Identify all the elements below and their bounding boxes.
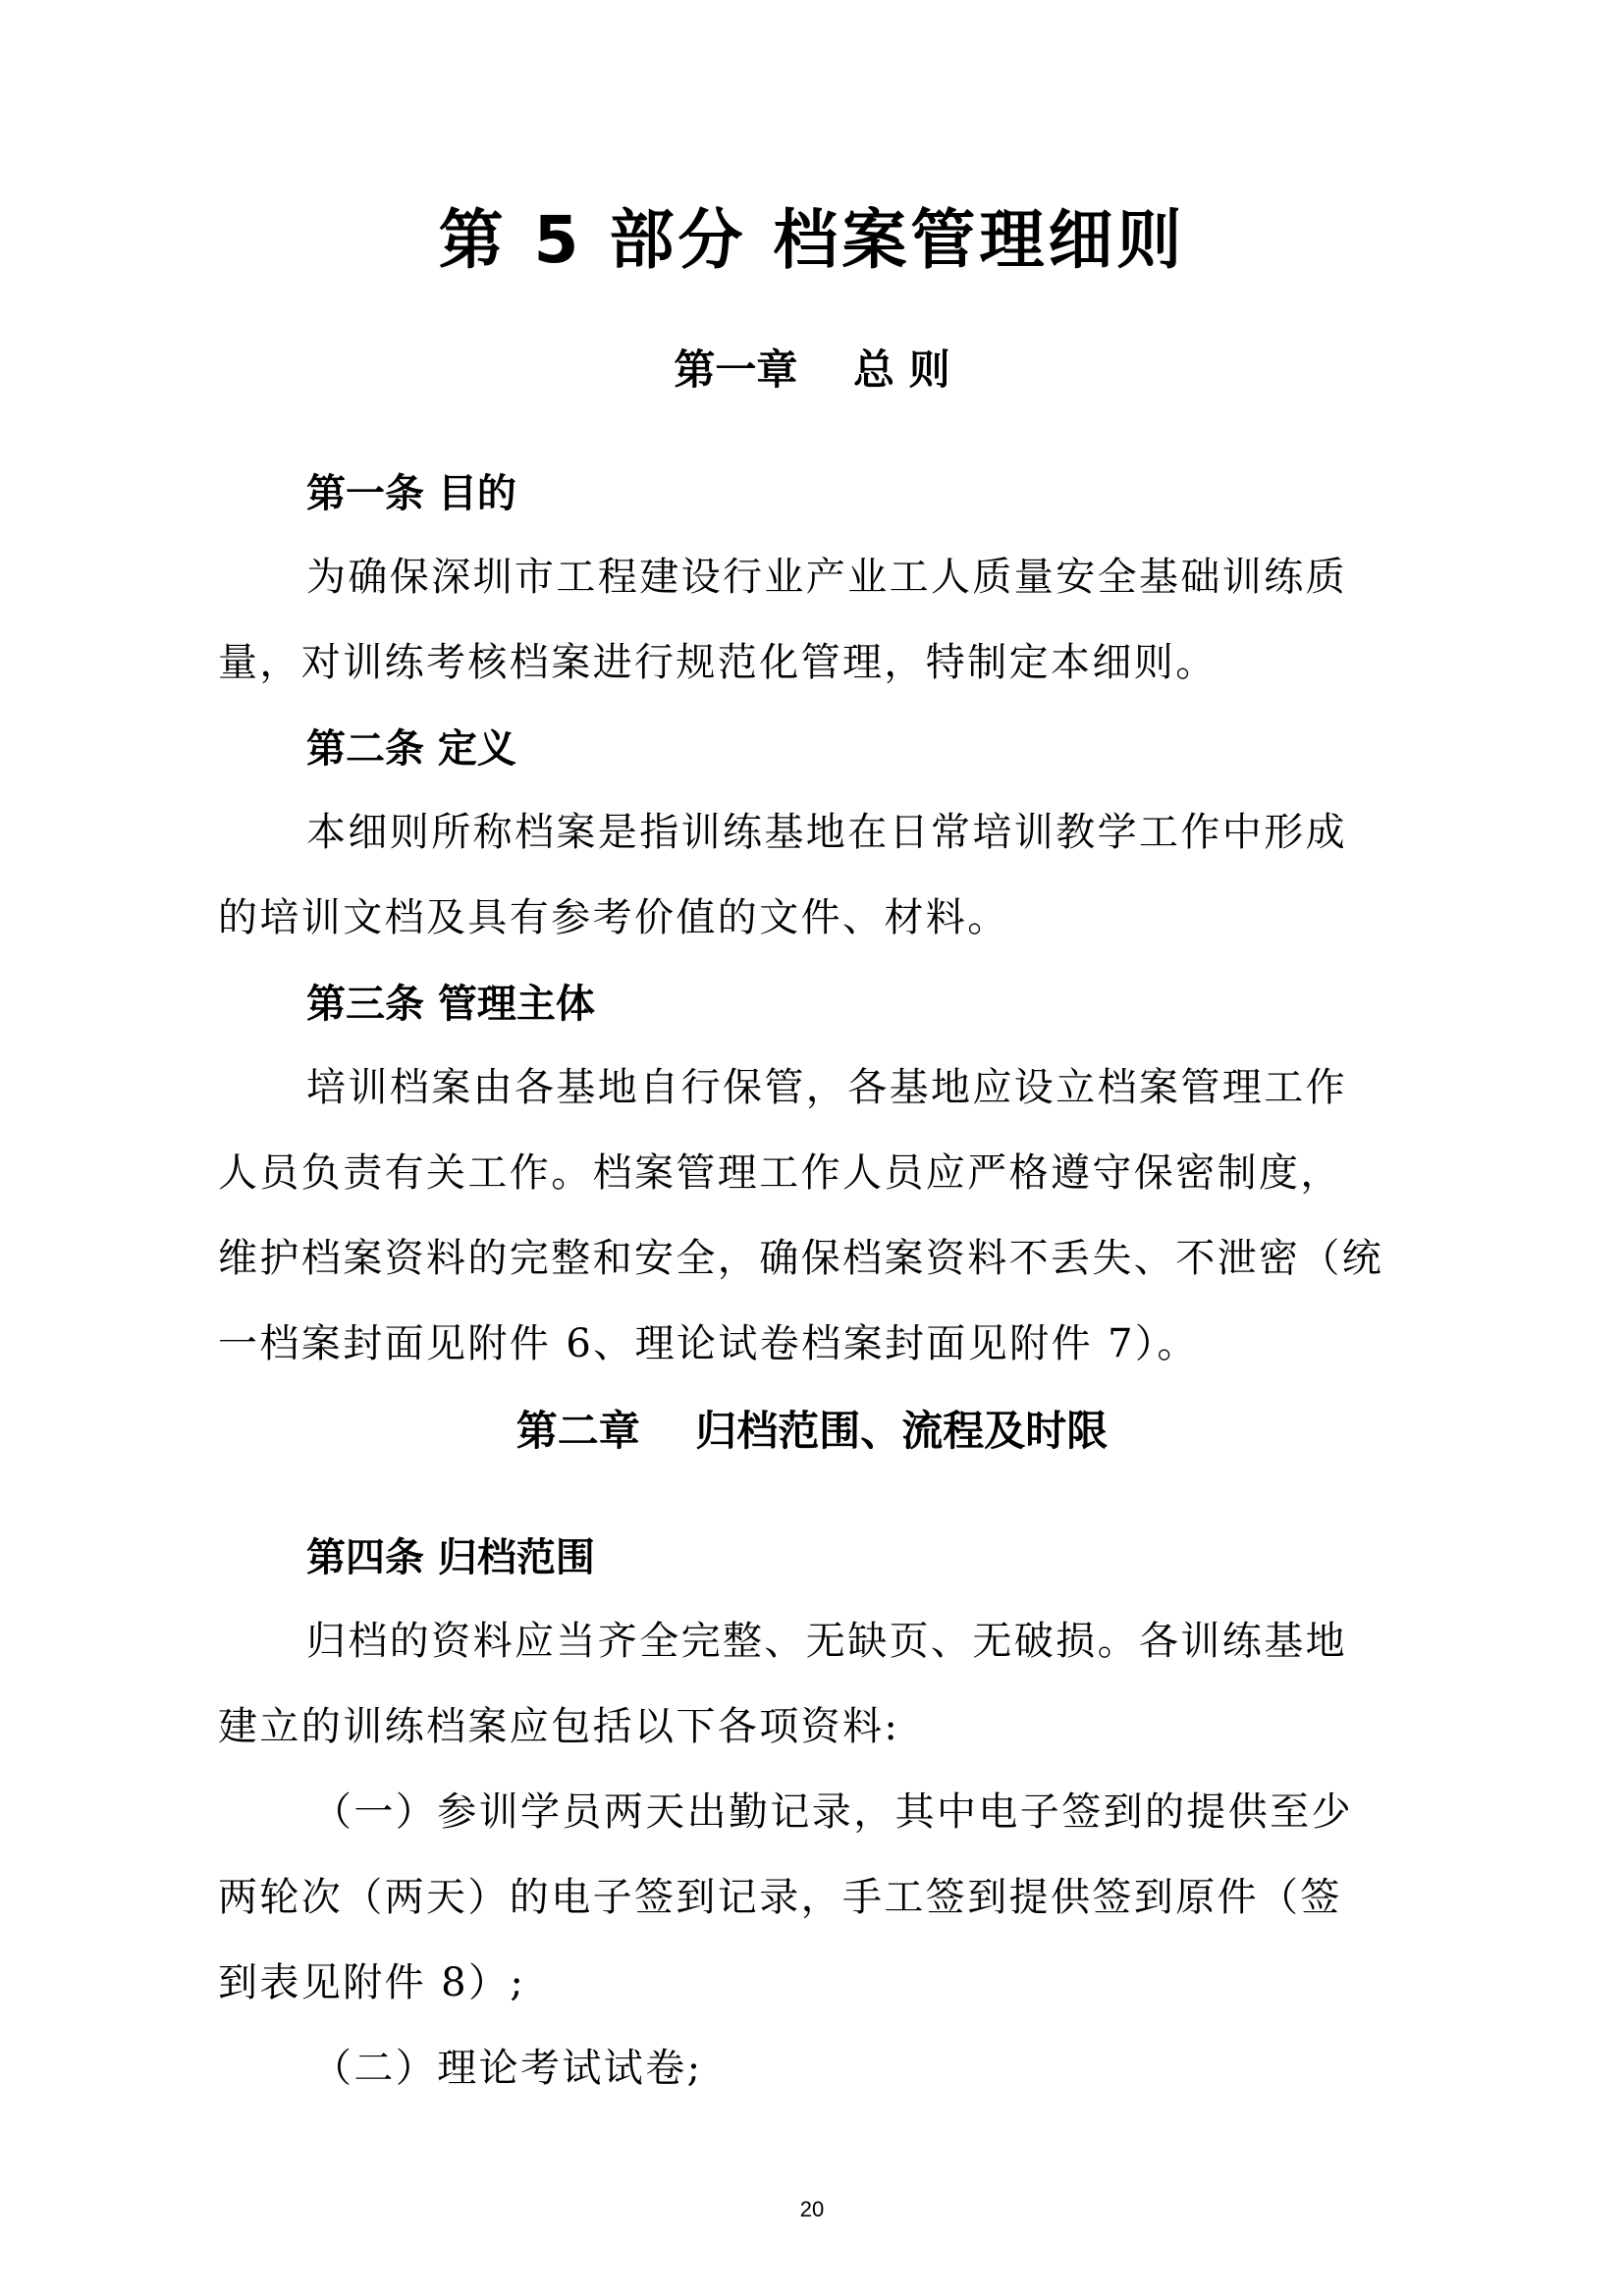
chapter-heading-2: 第二章 归档范围、流程及时限: [0, 1411, 1624, 1452]
list-item-1-line-1: （一）参训学员两天出勤记录，其中电子签到的提供至少: [312, 1792, 1353, 1832]
article-1-line-2: 量，对训练考核档案进行规范化管理，特制定本细则。: [218, 643, 1218, 682]
chapter-heading-1: 第一章 总 则: [0, 349, 1624, 391]
article-2-line-2: 的培训文档及具有参考价值的文件、材料。: [218, 898, 1009, 937]
article-2-line-1: 本细则所称档案是指训练基地在日常培训教学工作中形成: [306, 813, 1347, 852]
list-item-1-line-3: 到表见附件 8）;: [218, 1963, 525, 2002]
article-heading-3: 第三条 管理主体: [306, 985, 595, 1024]
document-title: 第 5 部分 档案管理细则: [0, 208, 1624, 273]
document-page: 第 5 部分 档案管理细则 第一章 总 则 第一条 目的 为确保深圳市工程建设行…: [0, 0, 1624, 2296]
list-item-1-line-2: 两轮次（两天）的电子签到记录，手工签到提供签到原件（签: [218, 1878, 1342, 1917]
article-3-line-2: 人员负责有关工作。档案管理工作人员应严格遵守保密制度，: [218, 1153, 1342, 1193]
article-3-line-3: 维护档案资料的完整和安全，确保档案资料不丢失、不泄密（统: [218, 1239, 1383, 1278]
article-3-line-1: 培训档案由各基地自行保管，各基地应设立档案管理工作: [306, 1068, 1347, 1107]
article-heading-4: 第四条 归档范围: [306, 1538, 595, 1577]
article-1-line-1: 为确保深圳市工程建设行业产业工人质量安全基础训练质: [306, 558, 1347, 597]
article-4-line-1: 归档的资料应当齐全完整、无缺页、无破损。各训练基地: [306, 1622, 1347, 1661]
page-number: 20: [0, 2199, 1624, 2220]
article-3-line-4: 一档案封面见附件 6、理论试卷档案封面见附件 7）。: [218, 1324, 1199, 1363]
article-heading-1: 第一条 目的: [306, 474, 516, 513]
list-item-2-line-1: （二）理论考试试卷;: [312, 2049, 702, 2088]
article-4-line-2: 建立的训练档案应包括以下各项资料:: [218, 1707, 899, 1746]
article-heading-2: 第二条 定义: [306, 729, 516, 769]
